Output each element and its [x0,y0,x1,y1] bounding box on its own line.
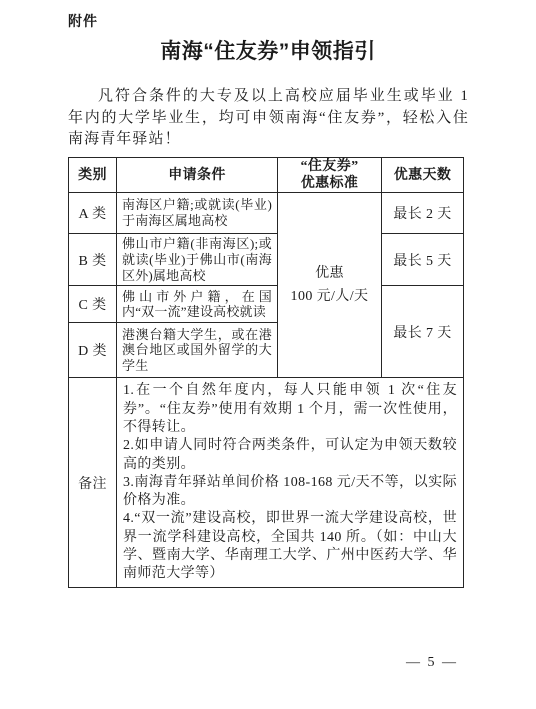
note-item-3: 3.南海青年驿站单间价格 108-168 元/天不等，以实际价格为准。 [123,474,457,511]
notes-cell: 1.在一个自然年度内，每人只能申领 1 次“住友券”。“住友券”使用有效期 1 … [117,378,464,587]
page-title: 南海“住友券”申领指引 [0,35,536,65]
note-item-4: 4.“双一流”建设高校，即世界一流大学建设高校，世界一流学科建设高校，全国共 1… [123,510,457,583]
notes-label: 备注 [69,378,117,587]
condition-d-text: 港澳台籍大学生，或在港澳台地区或国外留学的大学生 [117,323,278,378]
intro-paragraph: 凡符合条件的大专及以上高校应届毕业生或毕业 1 年内的大学毕业生，均可申领南海“… [68,86,469,151]
table-row-b: B 类 佛山市户籍(非南海区);或就读(毕业)于佛山市(南海区外)属地高校 最长… [69,234,464,286]
header-discount-standard: “住友券” 优惠标准 [278,158,382,193]
condition-a-text: 南海区户籍;或就读(毕业)于南海区属地高校 [117,193,278,234]
days-b-cell: 最长 5 天 [382,234,464,286]
category-c-label: C 类 [69,286,117,323]
condition-c-text: 佛山市外户籍，在国内“双一流”建设高校就读 [117,286,278,323]
table-notes-row: 备注 1.在一个自然年度内，每人只能申领 1 次“住友券”。“住友券”使用有效期… [69,378,464,587]
category-a-label: A 类 [69,193,117,234]
note-item-2: 2.如申请人同时符合两类条件，可认定为申领天数较高的类别。 [123,437,457,474]
days-a-cell: 最长 2 天 [382,193,464,234]
table-row-c: C 类 佛山市外户籍，在国内“双一流”建设高校就读 最长 7 天 [69,286,464,323]
discount-standard-cell: 优惠 100 元/人/天 [278,193,382,378]
document-page: 附件 南海“住友券”申领指引 凡符合条件的大专及以上高校应届毕业生或毕业 1 年… [0,0,536,709]
category-b-label: B 类 [69,234,117,286]
header-condition: 申请条件 [117,158,278,193]
table-row-a: A 类 南海区户籍;或就读(毕业)于南海区属地高校 优惠 100 元/人/天 最… [69,193,464,234]
page-number: — 5 — [406,655,458,671]
days-cd-cell: 最长 7 天 [382,286,464,378]
note-item-1: 1.在一个自然年度内，每人只能申领 1 次“住友券”。“住友券”使用有效期 1 … [123,382,457,437]
voucher-table: 类别 申请条件 “住友券” 优惠标准 优惠天数 A 类 南海区户籍;或就读(毕业… [68,157,464,588]
header-discount-days: 优惠天数 [382,158,464,193]
condition-b-text: 佛山市户籍(非南海区);或就读(毕业)于佛山市(南海区外)属地高校 [117,234,278,286]
table-header-row: 类别 申请条件 “住友券” 优惠标准 优惠天数 [69,158,464,193]
attachment-label: 附件 [68,11,98,31]
header-category: 类别 [69,158,117,193]
category-d-label: D 类 [69,323,117,378]
